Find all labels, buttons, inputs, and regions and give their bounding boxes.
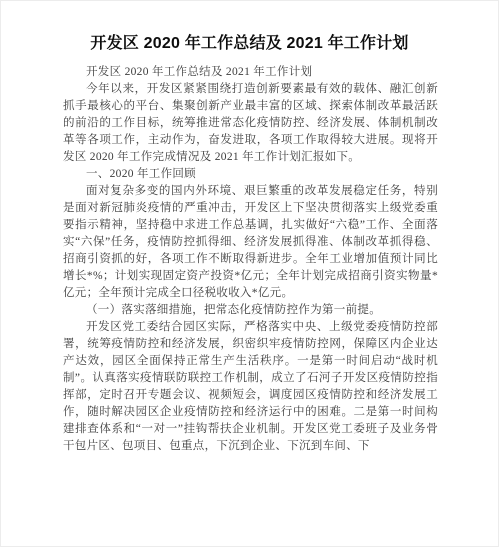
document-page: 开发区 2020 年工作总结及 2021 年工作计划 开发区 2020 年工作总… [0, 0, 499, 547]
subsection-heading: （一）落实落细措施，把常态化疫情防控作为第一前提。 [63, 302, 438, 319]
paragraph: 开发区 2020 年工作总结及 2021 年工作计划 [63, 64, 438, 81]
document-body: 开发区 2020 年工作总结及 2021 年工作计划今年以来，开发区紧紧围绕打造… [63, 64, 438, 455]
document-title: 开发区 2020 年工作总结及 2021 年工作计划 [31, 34, 468, 54]
paragraph: 今年以来，开发区紧紧围绕打造创新要素最有效的载体、融汇创新抓手最核心的平台、集聚… [63, 81, 438, 166]
paragraph: 面对复杂多变的国内外环境、艰巨繁重的改革发展稳定任务，特别是面对新冠肺炎疫情的严… [63, 183, 438, 302]
paragraph: 开发区党工委结合园区实际，严格落实中央、上级党委疫情防控部署，统筹疫情防控和经济… [63, 319, 438, 455]
section-heading: 一、2020 年工作回顾 [63, 166, 438, 183]
